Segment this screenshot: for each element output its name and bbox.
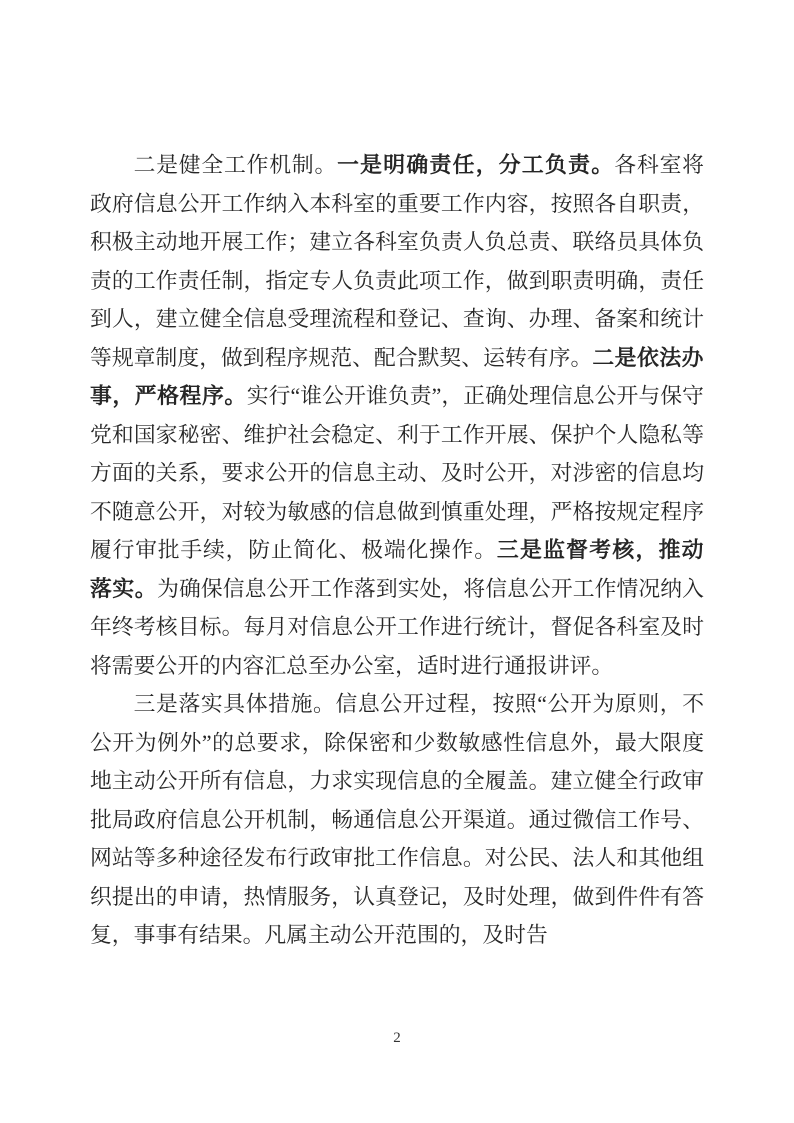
document-body: 二是健全工作机制。一是明确责任，分工负责。各科室将政府信息公开工作纳入本科室的重… [90, 146, 704, 955]
bold-heading-run: 一是明确责任，分工负责。 [337, 152, 614, 177]
paragraph: 三是落实具体措施。信息公开过程，按照“公开为原则，不公开为例外”的总要求，除保密… [90, 685, 704, 955]
text-run: 二是健全工作机制。 [134, 153, 337, 177]
text-run: 各科室将政府信息公开工作纳入本科室的重要工作内容，按照各自职责，积极主动地开展工… [90, 153, 704, 370]
paragraph: 二是健全工作机制。一是明确责任，分工负责。各科室将政府信息公开工作纳入本科室的重… [90, 146, 704, 685]
text-run: 实行“谁公开谁负责”，正确处理信息公开与保守党和国家秘密、维护社会稳定、利于工作… [90, 384, 704, 562]
text-run: 为确保信息公开工作落到实处，将信息公开工作情况纳入年终考核目标。每月对信息公开工… [90, 577, 704, 678]
page-number: 2 [0, 1030, 794, 1047]
text-run: 三是落实具体措施。信息公开过程，按照“公开为原则，不公开为例外”的总要求，除保密… [90, 692, 704, 947]
document-page: 二是健全工作机制。一是明确责任，分工负责。各科室将政府信息公开工作纳入本科室的重… [0, 0, 794, 1123]
